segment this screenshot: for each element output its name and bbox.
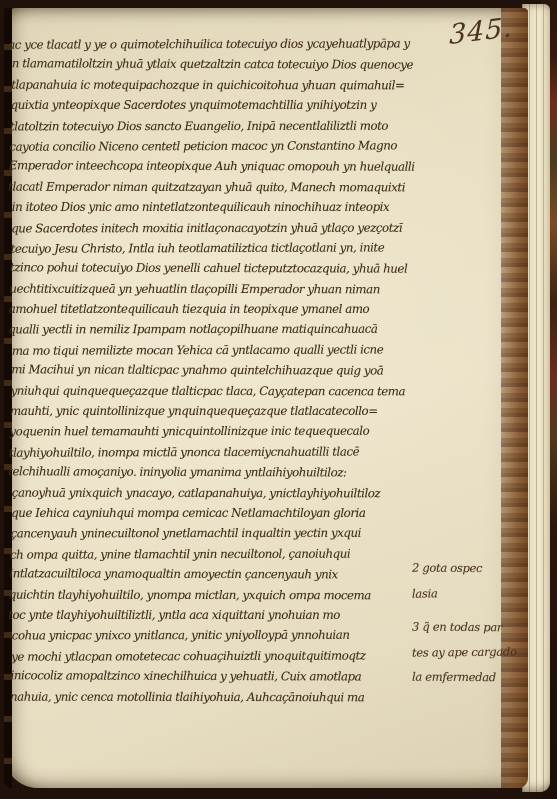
margin-note: 3 q̃ en todas partes ay ape cargadola em… <box>412 615 528 690</box>
text-line: quixtia ynteopixque Sacerdotes ynquimote… <box>11 95 437 115</box>
text-line: que Iehica cayniuhqui mompa cemicac Netl… <box>11 503 437 523</box>
text-line: tlatoltzin totecuiyo Dios sancto Euangel… <box>10 115 436 136</box>
text-line: cayotia concilio Niceno centetl peticion… <box>9 135 435 157</box>
text-line: quichtin tlayhiyohuiltilo, ynompa mictla… <box>9 584 435 605</box>
text-line: cohua ynicpac ynixco ynitlanca, ynitic y… <box>12 625 438 646</box>
text-line: in itoteo Dios ynic amo nintetlatzontequ… <box>12 197 438 217</box>
text-line: Emperador inteechcopa inteopixque Auh yn… <box>9 156 435 178</box>
text-line: nahuia, ynic cenca motollinia tlaihiyohu… <box>10 686 436 707</box>
text-line: tecuiyo Jesu Christo, Intla iuh teotlama… <box>11 237 437 259</box>
text-line: çancenyauh yninecuiltonol ynetlamachtil … <box>11 523 437 544</box>
text-line: intlatzacuiltiloca ynamoqualtin amoyecti… <box>9 563 435 585</box>
text-line: tlacatl Emperador niman quitzatzayan yhu… <box>8 176 434 197</box>
text-line: ac yce tlacatl y ye o quimotelchihuilica… <box>8 33 434 55</box>
text-line: uechtitixcuitizqueā yn yehuatlin tlaçopi… <box>9 278 435 299</box>
text-line: telchihualli amoçaniyo. ininyolia ymanim… <box>8 461 434 483</box>
text-line: ch ompa quitta, ynine tlamachtil ynin ne… <box>10 543 436 565</box>
text-line: n tlamamatiloltzin yhuā ytlaix quetzaltz… <box>12 54 438 76</box>
margin-note-line: la emfermedad <box>412 665 528 691</box>
text-line: yniuhqui quinquequeçazque tlalticpac tla… <box>11 380 437 401</box>
main-text-block: ac yce tlacatl y ye o quimotelchihuilica… <box>10 34 436 707</box>
manuscript-page: 345. ac yce tlacatl y ye o quimotelchihu… <box>4 8 528 788</box>
text-line: tzinco pohui totecuiyo Dios yenelli cahu… <box>10 258 436 280</box>
margin-note-line: tes ay ape cargado <box>412 639 528 665</box>
margin-note-line: 3 q̃ en todas par <box>412 615 528 641</box>
text-line: inicocoliz amopaltzinco xinechilhuica y … <box>11 665 437 687</box>
manuscript-photo: 345. ac yce tlacatl y ye o quimotelchihu… <box>0 0 557 799</box>
text-line: mi Macihui yn nican tlalticpac ynahmo qu… <box>11 360 437 382</box>
text-line: ma mo tiqui nemilizte mocan Yehica cā yn… <box>12 339 438 361</box>
margin-note-line: 2 gota ospec <box>412 556 528 582</box>
margin-note-line: lasia <box>412 580 528 606</box>
text-line: ye mochi ytlacpan omotetecac cohuaçihuiz… <box>11 645 437 667</box>
text-line: qualli yectli in nemiliz Ipampam notlaço… <box>8 319 434 340</box>
text-line: toc ynte tlayhiyohuiltiliztli, yntla aca… <box>8 605 434 625</box>
text-line: tlayhiyohuiltilo, inompa mictlā ynonca t… <box>9 441 435 463</box>
text-line: tlapanahuia ic motequipachozque in quich… <box>11 74 437 95</box>
text-line: mauhti, ynic quintollinizque ynquinquequ… <box>10 401 436 421</box>
text-line: amohuel titetlatzontequilicauh tiezquia … <box>9 299 435 319</box>
margin-note: 2 gota ospeclasia <box>412 556 528 606</box>
text-line: yoquenin huel temamauhti ynicquintollini… <box>9 421 435 442</box>
text-line: çanoyhuā ynixquich ynacayo, catlapanahui… <box>12 482 438 503</box>
text-line: que Sacerdotes initech moxitia initlaçon… <box>11 217 437 238</box>
margin-notes: 2 gota ospeclasia3 q̃ en todas partes ay… <box>412 556 528 699</box>
